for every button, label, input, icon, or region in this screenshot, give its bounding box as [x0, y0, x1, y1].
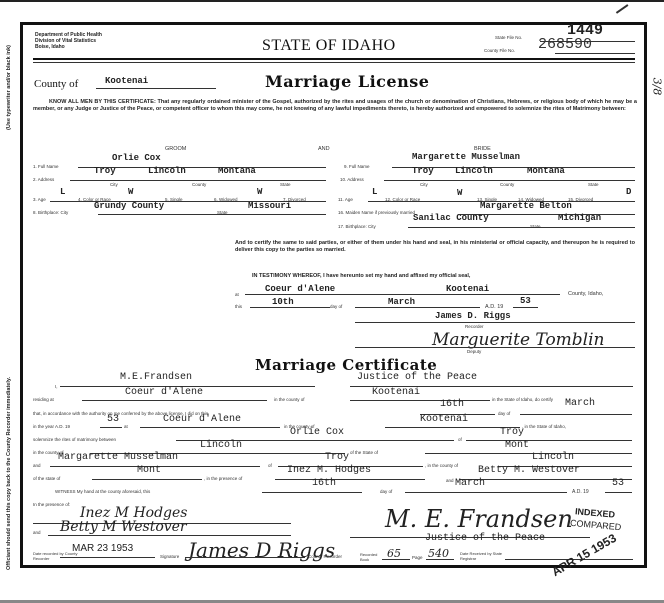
- handwritten-note: 3/8: [650, 78, 663, 96]
- bride-state: Montana: [527, 166, 565, 176]
- cert-county: Kootenai: [372, 387, 420, 398]
- groom-state-caption: State: [280, 182, 291, 187]
- groom-birthplace-line: [98, 214, 326, 215]
- testimony-year: 53: [520, 296, 531, 306]
- header-rule: [33, 58, 635, 60]
- bride-address-line: [384, 180, 635, 181]
- recorder-name: James D. Riggs: [435, 311, 511, 321]
- recorder-line: [355, 322, 635, 323]
- groom-birthplace-state: Missouri: [248, 201, 291, 211]
- cert-state-idaho: , in the State of Idaho,: [522, 424, 566, 429]
- cert-and-label: and: [33, 463, 41, 468]
- bride-maiden-name: Margarette Belton: [480, 201, 572, 211]
- groom-age: L: [60, 187, 65, 197]
- testimony-at-label: at: [235, 292, 239, 297]
- cert-bride-state: Mont: [137, 465, 161, 476]
- witness-sig-and: and: [33, 530, 41, 535]
- groom-city: Troy: [94, 166, 116, 176]
- bride-birthplace-line: [408, 227, 635, 228]
- bride-birthplace-state: Michigan: [558, 213, 601, 223]
- bride-color: W: [457, 188, 462, 198]
- testimony-day-of-label: day of: [330, 304, 342, 309]
- cert-county-label-4: , in the county of: [425, 463, 458, 468]
- presence-of-label: In the presence of:: [33, 502, 70, 507]
- groom-address-line: [70, 180, 326, 181]
- bride-full-name: Margarette Musselman: [412, 152, 520, 162]
- date-recorded-line: [60, 557, 155, 558]
- agency-line: Boise, Idaho: [35, 44, 102, 50]
- book-label: Recorded Book: [360, 553, 382, 562]
- groom-birthplace-city: Grundy County: [94, 201, 164, 211]
- document-border-right: [644, 22, 647, 567]
- cert-witness-1: Inez M. Hodges: [287, 465, 371, 476]
- groom-widowed: W: [257, 187, 262, 197]
- bride-county-caption: County: [500, 182, 514, 187]
- witness-signature-2: Betty M Westover: [60, 519, 187, 535]
- county-label: County of: [34, 78, 78, 90]
- groom-color: W: [128, 187, 133, 197]
- cert-groom-state: Mont: [505, 440, 529, 451]
- agency-block: Department of Public Health Division of …: [35, 32, 102, 50]
- cert-of-label: of: [458, 437, 462, 442]
- testimony-day-line: [250, 307, 330, 308]
- testimony-day: 10th: [272, 297, 294, 307]
- and-heading: AND: [318, 146, 330, 152]
- bride-name-label: 9. Full Name: [344, 164, 370, 169]
- cert-year-line: [100, 427, 122, 428]
- testimony-county-suffix: County, Idaho,: [568, 291, 603, 297]
- bride-city: Troy: [412, 166, 434, 176]
- groom-county-caption: County: [192, 182, 206, 187]
- cert-witness-1-line: [275, 479, 425, 480]
- bride-address-label: 10. Address: [340, 177, 364, 182]
- groom-name-label: 1. Full Name: [33, 164, 59, 169]
- cert-presence-label: , in the presence of: [204, 476, 242, 481]
- cert-county-line: [350, 400, 490, 401]
- testimony-this-label: this: [235, 304, 242, 309]
- pen-mark: [616, 4, 628, 13]
- deputy-label: Deputy: [467, 349, 481, 354]
- testimony-text: IN TESTIMONY WHEREOF, I have hereunto se…: [252, 273, 470, 280]
- cert-place: Coeur d'Alene: [163, 414, 241, 425]
- cert-of-state-label-2: of the state of: [33, 476, 60, 481]
- testimony-place-line: [245, 294, 560, 295]
- cert-bride-city: Troy: [325, 452, 349, 463]
- officiant-signature: M. E. Frandsen: [385, 505, 573, 533]
- county-line: [96, 88, 216, 89]
- testimony-month: March: [388, 297, 415, 307]
- cert-i-label: I,: [55, 384, 58, 389]
- residing-place: Coeur d'Alene: [125, 387, 203, 398]
- cert-of-state-label: of the State of: [350, 450, 378, 455]
- bride-age-label: 11. Age: [338, 197, 353, 202]
- state-file-label: State File No.: [495, 35, 522, 40]
- cert-bride-county: Lincoln: [532, 452, 574, 463]
- groom-heading: GROOM: [165, 146, 186, 152]
- cert-bride: Margarette Musselman: [58, 452, 178, 463]
- book-line: [382, 559, 410, 560]
- groom-city-caption: City: [110, 182, 118, 187]
- witness-year: 53: [612, 478, 624, 489]
- witness-month-line: [405, 492, 567, 493]
- bride-city-caption: City: [420, 182, 428, 187]
- cert-witness-2: Betty M. Westover: [478, 465, 580, 476]
- witness-ad-label: A.D. 19: [572, 489, 589, 495]
- county-file-line: [555, 53, 635, 54]
- bride-divorced: D: [626, 187, 631, 197]
- page-line: [426, 559, 454, 560]
- testimony-year-line: [513, 307, 538, 308]
- county-file-label: County File No.: [484, 48, 515, 53]
- date-received-stamp: APR 15 1953: [549, 531, 618, 579]
- cert-county-label: in the county of: [274, 397, 305, 402]
- witness-year-line: [605, 492, 632, 493]
- bride-county: Lincoln: [455, 166, 493, 176]
- witness-day: 16th: [312, 478, 336, 489]
- county-value: Kootenai: [105, 76, 148, 86]
- recorder-label: Recorder: [465, 324, 484, 329]
- deputy-line: [355, 347, 635, 348]
- cert-county-2: Kootenai: [420, 414, 468, 425]
- side-note-return: Officiant should send this copy back to …: [6, 377, 12, 570]
- license-title: Marriage License: [265, 72, 429, 91]
- residing-label: residing at: [33, 397, 54, 402]
- officiant-name: M.E.Frandsen: [120, 372, 192, 383]
- cert-groom-city-line: [466, 440, 632, 441]
- cert-of-label-2: of: [268, 463, 272, 468]
- cert-at-label: at: [124, 424, 128, 429]
- scan-edge-top: [0, 0, 664, 2]
- testimony-county: Kootenai: [446, 284, 489, 294]
- witness-text: WITNESS My hand at the county aforesaid,…: [55, 489, 150, 494]
- testimony-month-line: [355, 307, 480, 308]
- county-recorder-label: County Recorder: [308, 554, 342, 559]
- bride-state-caption: State: [588, 182, 599, 187]
- officiant-sig-title: Justice of the Peace: [425, 533, 545, 544]
- bride-birthplace-label: 17. Birthplace: City: [338, 224, 376, 229]
- cert-year: 53: [107, 414, 119, 425]
- document-border-top: [22, 22, 647, 25]
- cert-bride-state-line: [92, 479, 202, 480]
- date-recorded-stamp: MAR 23 1953: [72, 543, 133, 554]
- compared-stamp: COMPARED: [570, 518, 622, 532]
- document-border-left: [20, 22, 23, 567]
- groom-state: Montana: [218, 166, 256, 176]
- cert-witness-and: and: [446, 478, 454, 483]
- groom-county: Lincoln: [148, 166, 186, 176]
- bride-maiden-label: 16. Maiden Name if previously married: [338, 210, 415, 215]
- witness-month: March: [455, 478, 485, 489]
- testimony-place: Coeur d'Alene: [265, 284, 335, 294]
- recorder-sig-line: [185, 557, 305, 558]
- groom-full-name: Orlie Cox: [112, 153, 161, 163]
- witness-day-line: [262, 492, 362, 493]
- certify-paragraph: And to certify the same to said parties,…: [235, 240, 635, 253]
- signature-label: Signature: [160, 554, 179, 559]
- intro-paragraph: KNOW ALL MEN BY THIS CERTIFICATE: That a…: [33, 99, 637, 112]
- groom-age-label: 3. Age: [33, 197, 46, 202]
- page-label: Page: [412, 555, 423, 560]
- cert-day-of-label: day of: [498, 411, 510, 416]
- state-title: STATE OF IDAHO: [262, 37, 396, 55]
- bride-age: L: [372, 187, 377, 197]
- witness-sig-2-line: [48, 535, 291, 536]
- cert-witness-2-line: [460, 479, 632, 480]
- testimony-ad-label: A.D. 19: [485, 304, 503, 310]
- cert-groom-city: Troy: [500, 427, 524, 438]
- groom-address-label: 2. Address: [33, 177, 54, 182]
- header-rule-thin: [33, 62, 635, 63]
- cert-year-label: in the year A.D. 19: [33, 424, 70, 429]
- groom-birthplace-label: 8. Birthplace: City: [33, 210, 68, 215]
- residing-line: [82, 400, 267, 401]
- solemnize-label: solemnize the rites of matrimony between: [33, 437, 116, 442]
- cert-place-line: [140, 427, 280, 428]
- officiant-title: Justice of the Peace: [357, 372, 477, 383]
- county-file-number: 268590: [538, 36, 592, 53]
- bride-birthplace-city: Sanilac County: [413, 213, 489, 223]
- cert-month: March: [565, 398, 595, 409]
- cert-state-certify: in the State of Idaho, do certify: [492, 397, 553, 402]
- cert-month-line: [520, 414, 632, 415]
- cert-groom-state-line: [425, 453, 632, 454]
- witness-day-of: day of: [380, 489, 392, 494]
- cert-day: 16th: [440, 399, 464, 410]
- cert-groom-county: Lincoln: [200, 440, 242, 451]
- cert-groom: Orlie Cox: [290, 427, 344, 438]
- side-note-ink: (Use typewriter and/or black ink): [6, 45, 12, 130]
